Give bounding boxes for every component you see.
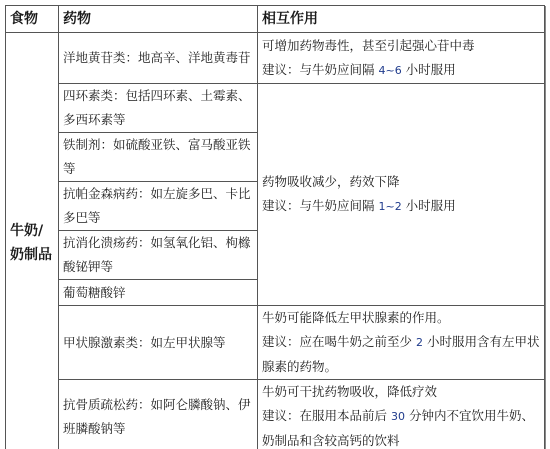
interaction-effect: 可增加药物毒性，甚至引起强心苷中毒 bbox=[262, 34, 540, 58]
table-row: 四环素类：包括四环素、土霉素、多西环素等 药物吸收减少，药效下降 建议：与牛奶应… bbox=[6, 84, 545, 133]
table-row: 牛奶/ 奶制品 洋地黄苷类：地高辛、洋地黄毒苷 可增加药物毒性，甚至引起强心苷中… bbox=[6, 33, 545, 84]
interaction-cell: 药物吸收减少，药效下降 建议：与牛奶应间隔 1~2 小时服用 bbox=[258, 84, 545, 306]
drug-food-interaction-table: 食物 药物 相互作用 牛奶/ 奶制品 洋地黄苷类：地高辛、洋地黄毒苷 可增加药物… bbox=[5, 5, 545, 449]
drug-cell: 四环素类：包括四环素、土霉素、多西环素等 bbox=[59, 84, 258, 133]
interaction-effect: 药物吸收减少，药效下降 bbox=[262, 170, 540, 194]
advice-text: 小时服用 bbox=[402, 198, 456, 213]
interaction-advice: 建议：在服用本品前后 30 分钟内不宜饮用牛奶、奶制品和含较高钙的饮料 bbox=[262, 404, 540, 449]
advice-number: 30 bbox=[391, 410, 405, 423]
interaction-cell: 牛奶可干扰药物吸收，降低疗效 建议：在服用本品前后 30 分钟内不宜饮用牛奶、奶… bbox=[258, 380, 545, 449]
advice-number: 4~6 bbox=[378, 64, 401, 77]
advice-text: 建议：在服用本品前后 bbox=[262, 408, 391, 423]
drug-cell: 葡萄糖酸锌 bbox=[59, 280, 258, 306]
header-row: 食物 药物 相互作用 bbox=[6, 6, 545, 33]
interaction-cell: 可增加药物毒性，甚至引起强心苷中毒 建议：与牛奶应间隔 4~6 小时服用 bbox=[258, 33, 545, 84]
advice-text: 建议：应在喝牛奶之前至少 bbox=[262, 334, 416, 349]
table-row: 甲状腺激素类：如左甲状腺等 牛奶可能降低左甲状腺素的作用。 建议：应在喝牛奶之前… bbox=[6, 306, 545, 380]
advice-text: 建议：与牛奶应间隔 bbox=[262, 198, 378, 213]
drug-cell: 甲状腺激素类：如左甲状腺等 bbox=[59, 306, 258, 380]
drug-cell: 抗消化溃疡药：如氢氧化铝、枸橼酸铋钾等 bbox=[59, 231, 258, 280]
header-interaction: 相互作用 bbox=[258, 6, 545, 33]
interaction-advice: 建议：与牛奶应间隔 1~2 小时服用 bbox=[262, 194, 540, 219]
advice-text: 小时服用 bbox=[402, 62, 456, 77]
food-line-1: 牛奶/ bbox=[10, 219, 54, 243]
advice-number: 2 bbox=[416, 336, 423, 349]
food-cell: 牛奶/ 奶制品 bbox=[6, 33, 59, 449]
interaction-effect: 牛奶可干扰药物吸收，降低疗效 bbox=[262, 380, 540, 404]
header-food: 食物 bbox=[6, 6, 59, 33]
drug-cell: 铁制剂：如硫酸亚铁、富马酸亚铁等 bbox=[59, 133, 258, 182]
table-row: 抗骨质疏松药：如阿仑膦酸钠、伊班膦酸钠等 牛奶可干扰药物吸收，降低疗效 建议：在… bbox=[6, 380, 545, 449]
interaction-advice: 建议：与牛奶应间隔 4~6 小时服用 bbox=[262, 58, 540, 83]
interaction-effect: 牛奶可能降低左甲状腺素的作用。 bbox=[262, 306, 540, 330]
drug-cell: 抗帕金森病药：如左旋多巴、卡比多巴等 bbox=[59, 182, 258, 231]
drug-cell: 洋地黄苷类：地高辛、洋地黄毒苷 bbox=[59, 33, 258, 84]
interaction-advice: 建议：应在喝牛奶之前至少 2 小时服用含有左甲状腺素的药物。 bbox=[262, 330, 540, 379]
drug-cell: 抗骨质疏松药：如阿仑膦酸钠、伊班膦酸钠等 bbox=[59, 380, 258, 449]
advice-text: 建议：与牛奶应间隔 bbox=[262, 62, 378, 77]
advice-number: 1~2 bbox=[378, 200, 401, 213]
food-line-2: 奶制品 bbox=[10, 243, 54, 267]
header-drug: 药物 bbox=[59, 6, 258, 33]
interaction-cell: 牛奶可能降低左甲状腺素的作用。 建议：应在喝牛奶之前至少 2 小时服用含有左甲状… bbox=[258, 306, 545, 380]
